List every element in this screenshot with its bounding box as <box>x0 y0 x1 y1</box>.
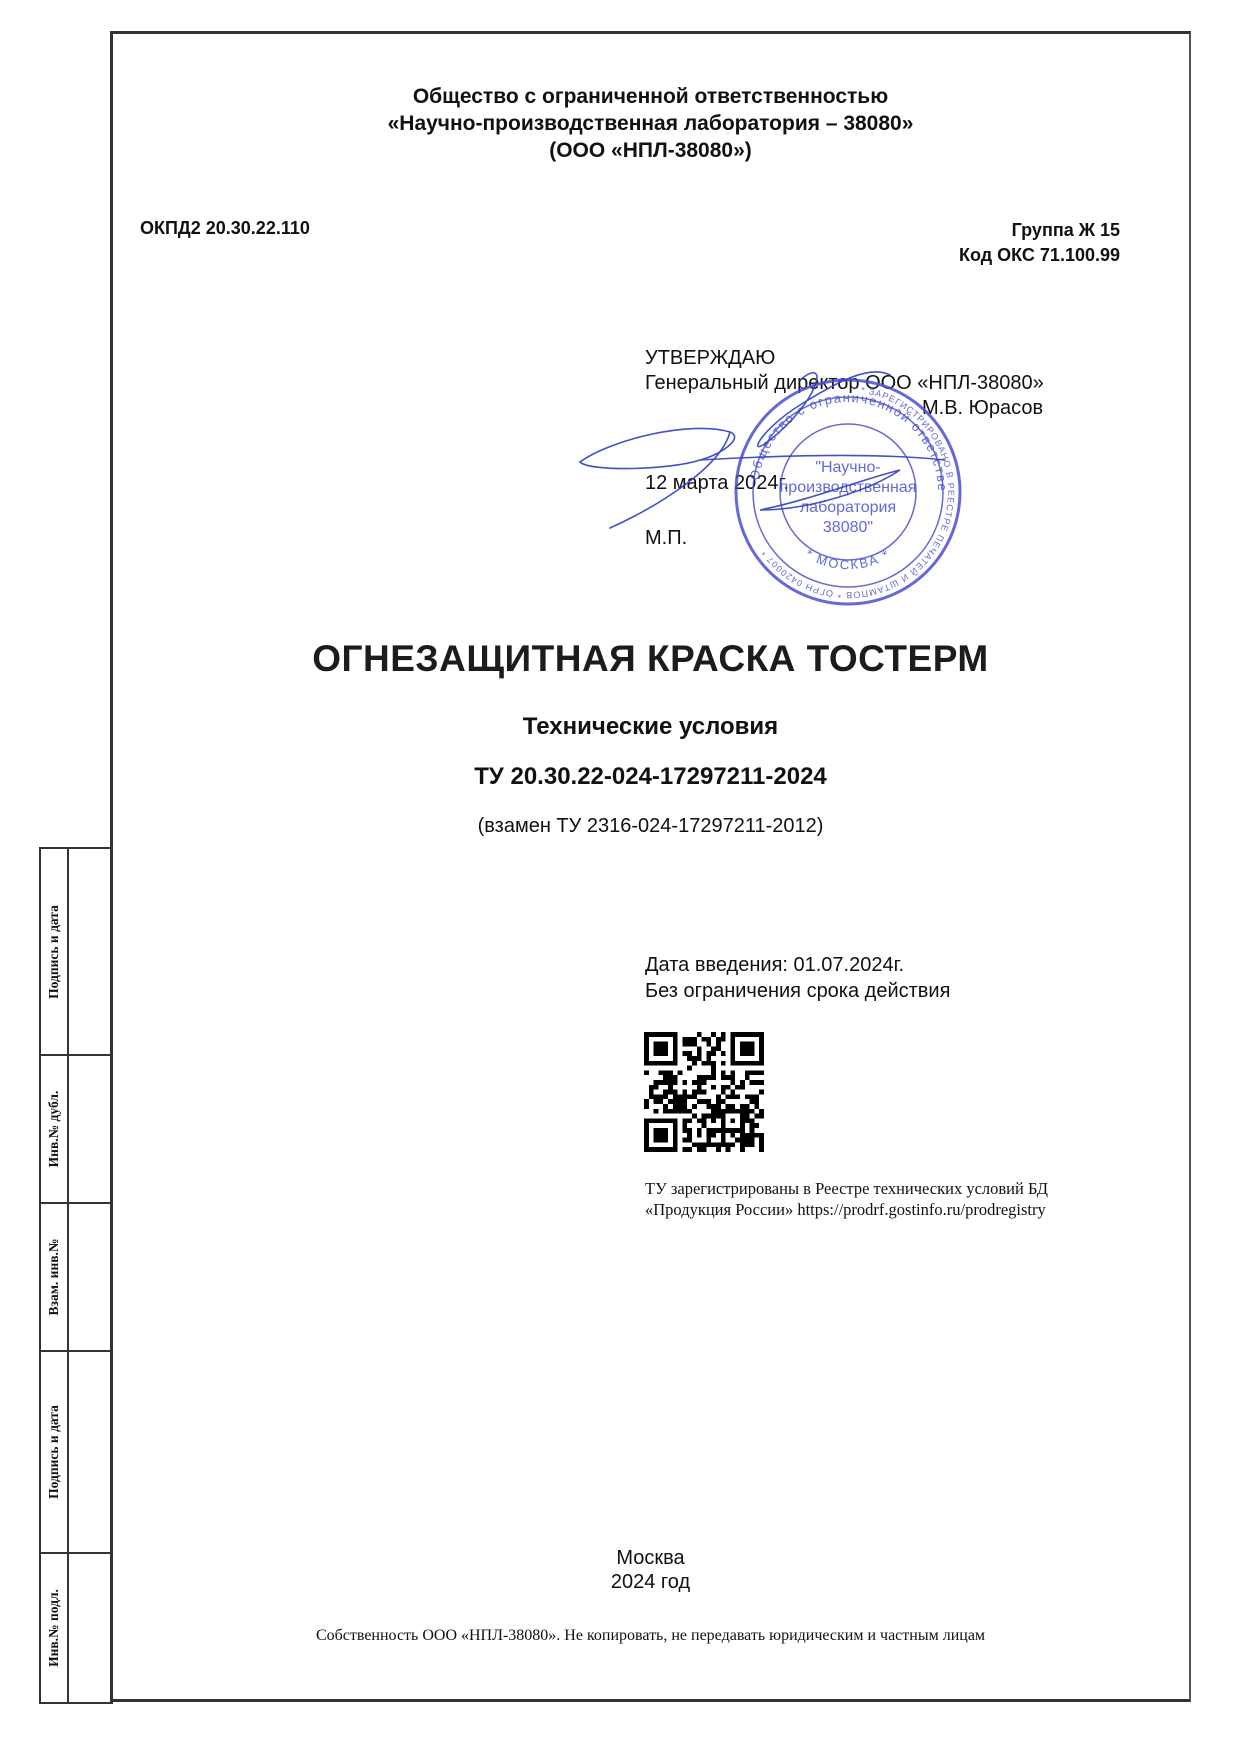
side-approval-table: Подпись и дата Инв.№ дубл. Взам. инв.№ П… <box>39 847 113 1702</box>
side-cell-blank <box>68 848 112 1055</box>
side-cell-label: Взам. инв.№ <box>40 1203 68 1351</box>
validity-block: Дата введения: 01.07.2024г. Без ограниче… <box>645 952 950 1004</box>
group-code: Группа Ж 15 <box>959 218 1120 243</box>
org-line-3: (ООО «НПЛ-38080») <box>110 137 1191 164</box>
year: 2024 год <box>110 1570 1191 1594</box>
oks-code: Код ОКС 71.100.99 <box>959 243 1120 268</box>
signature-icon <box>570 360 950 540</box>
city: Москва <box>110 1546 1191 1570</box>
org-line-2: «Научно-производственная лаборатория – 3… <box>110 110 1191 137</box>
page-frame <box>110 31 1191 1702</box>
organization-header: Общество с ограниченной ответственностью… <box>110 83 1191 164</box>
place-and-year: Москва 2024 год <box>110 1546 1191 1594</box>
replaces-note: (взамен ТУ 2316-024-17297211-2012) <box>110 815 1191 838</box>
document-title: ОГНЕЗАЩИТНАЯ КРАСКА ТОСТЕРМ <box>110 638 1191 680</box>
validity-term: Без ограничения срока действия <box>645 978 950 1004</box>
intro-date: Дата введения: 01.07.2024г. <box>645 952 950 978</box>
tu-number: ТУ 20.30.22-024-17297211-2024 <box>110 763 1191 791</box>
document-page: Общество с ограниченной ответственностью… <box>0 0 1240 1754</box>
okpd-code: ОКПД2 20.30.22.110 <box>140 218 310 239</box>
registry-line-1: ТУ зарегистрированы в Реестре технически… <box>645 1178 1048 1199</box>
side-label-replacement-inventory: Взам. инв.№ <box>46 1239 62 1316</box>
side-label-signature-date-2: Подпись и дата <box>46 1405 62 1499</box>
side-cell-label: Подпись и дата <box>40 1351 68 1553</box>
side-cell-blank <box>68 1055 112 1203</box>
qr-code-icon <box>643 1032 765 1152</box>
classification-codes: Группа Ж 15 Код ОКС 71.100.99 <box>959 218 1120 268</box>
side-cell-blank <box>68 1203 112 1351</box>
side-label-signature-date-1: Подпись и дата <box>46 905 62 999</box>
side-label-dup-inventory: Инв.№ дубл. <box>46 1091 62 1168</box>
registry-line-2: «Продукция России» https://prodrf.gostin… <box>645 1199 1048 1220</box>
document-subtitle: Технические условия <box>110 713 1191 741</box>
side-cell-label: Инв.№ подл. <box>40 1553 68 1703</box>
svg-text:* МОСКВА *: * МОСКВА * <box>803 546 893 572</box>
side-label-original-inventory: Инв.№ подл. <box>46 1589 62 1667</box>
side-cell-label: Инв.№ дубл. <box>40 1055 68 1203</box>
org-line-1: Общество с ограниченной ответственностью <box>110 83 1191 110</box>
side-cell-blank <box>68 1553 112 1703</box>
side-cell-blank <box>68 1351 112 1553</box>
registry-note: ТУ зарегистрированы в Реестре технически… <box>645 1178 1048 1220</box>
side-cell-label: Подпись и дата <box>40 848 68 1055</box>
footer-notice: Собственность ООО «НПЛ-38080». Не копиро… <box>110 1627 1191 1645</box>
